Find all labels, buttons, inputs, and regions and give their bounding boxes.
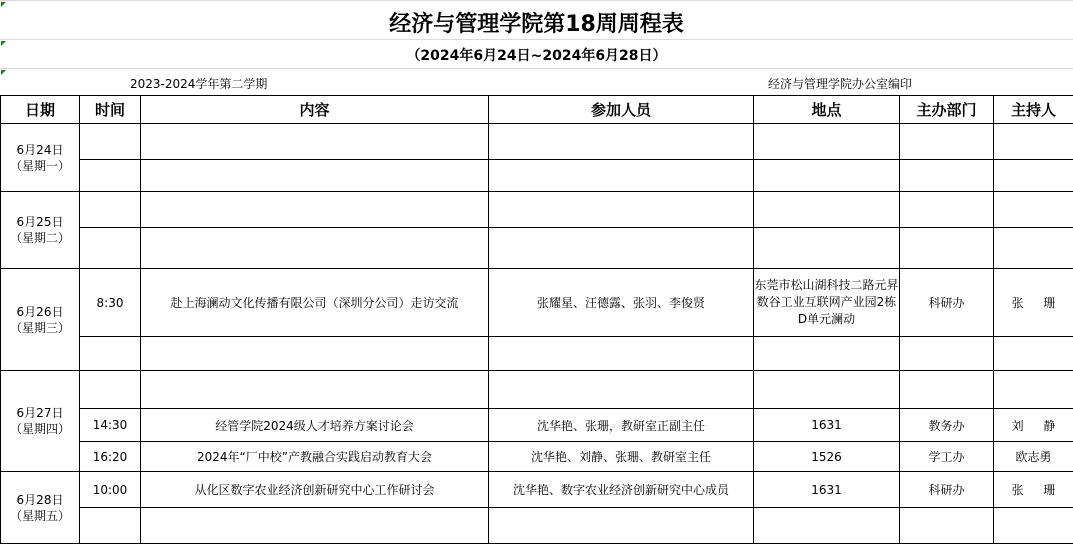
location-cell[interactable] — [754, 337, 900, 371]
table-row: 16:20 2024年“厂中校”产教融合实践启动教育大会 沈华艳、刘静、张珊、教… — [1, 442, 1073, 472]
date-cell: 6月27日 （星期四） — [1, 371, 80, 472]
time-cell[interactable] — [80, 160, 141, 192]
participants-cell[interactable]: 沈华艳、张珊，教研室正副主任 — [489, 409, 754, 442]
content-cell[interactable]: 经管学院2024级人才培养方案讨论会 — [141, 409, 489, 442]
host-cell[interactable] — [994, 337, 1073, 371]
title-band: 经济与管理学院第18周周程表 — [0, 0, 1073, 40]
table-row: 6月26日 （星期三） 8:30 赴上海澜动文化传播有限公司（深圳分公司）走访交… — [1, 269, 1073, 337]
date-label: 6月26日 — [1, 304, 79, 320]
date-label: 6月28日 — [1, 492, 79, 508]
date-range-band: （2024年6月24日~2024年6月28日） — [0, 40, 1073, 69]
column-header-content: 内容 — [141, 96, 489, 124]
date-label: 6月25日 — [1, 214, 79, 230]
page-title: 经济与管理学院第18周周程表 — [0, 7, 1073, 38]
column-header-location: 地点 — [754, 96, 900, 124]
time-cell[interactable] — [80, 192, 141, 228]
department-cell[interactable] — [900, 371, 994, 409]
host-cell[interactable] — [994, 228, 1073, 269]
table-row: 14:30 经管学院2024级人才培养方案讨论会 沈华艳、张珊，教研室正副主任 … — [1, 409, 1073, 442]
department-cell[interactable]: 学工办 — [900, 442, 994, 472]
time-cell[interactable]: 16:20 — [80, 442, 141, 472]
table-row — [1, 160, 1073, 192]
host-cell[interactable] — [994, 124, 1073, 160]
column-header-participants: 参加人员 — [489, 96, 754, 124]
semester-label: 2023-2024学年第二学期 — [130, 75, 267, 92]
date-cell: 6月26日 （星期三） — [1, 269, 80, 371]
column-header-department: 主办部门 — [900, 96, 994, 124]
weekday-label: （星期四） — [1, 421, 79, 437]
table-row — [1, 228, 1073, 269]
content-cell[interactable] — [141, 124, 489, 160]
compiled-by-label: 经济与管理学院办公室编印 — [768, 75, 912, 92]
host-cell[interactable]: 张 珊 — [994, 472, 1073, 508]
content-cell[interactable] — [141, 192, 489, 228]
content-cell[interactable] — [141, 337, 489, 371]
content-cell[interactable]: 从化区数字农业经济创新研究中心工作研讨会 — [141, 472, 489, 508]
time-cell[interactable] — [80, 228, 141, 269]
date-label: 6月24日 — [1, 142, 79, 158]
weekday-label: （星期一） — [1, 158, 79, 174]
host-cell[interactable] — [994, 160, 1073, 192]
participants-cell[interactable] — [489, 228, 754, 269]
time-cell[interactable] — [80, 371, 141, 409]
time-cell[interactable]: 14:30 — [80, 409, 141, 442]
location-cell[interactable]: 东莞市松山湖科技二路元昇数谷工业互联网产业园2栋D单元澜动 — [754, 269, 900, 337]
content-cell[interactable] — [141, 371, 489, 409]
host-cell[interactable]: 张 珊 — [994, 269, 1073, 337]
participants-cell[interactable]: 张耀星、汪德露、张羽、李俊贤 — [489, 269, 754, 337]
table-row: 6月25日 （星期二） — [1, 192, 1073, 228]
time-cell[interactable] — [80, 124, 141, 160]
date-label: 6月27日 — [1, 405, 79, 421]
date-cell: 6月28日 （星期五） — [1, 472, 80, 544]
participants-cell[interactable] — [489, 192, 754, 228]
weekday-label: （星期二） — [1, 230, 79, 246]
weekday-label: （星期五） — [1, 508, 79, 524]
date-cell: 6月24日 （星期一） — [1, 124, 80, 192]
content-cell[interactable]: 2024年“厂中校”产教融合实践启动教育大会 — [141, 442, 489, 472]
time-cell[interactable] — [80, 337, 141, 371]
department-cell[interactable] — [900, 160, 994, 192]
participants-cell[interactable] — [489, 124, 754, 160]
time-cell[interactable]: 8:30 — [80, 269, 141, 337]
column-header-time: 时间 — [80, 96, 141, 124]
cell-comment-marker-icon — [1, 70, 6, 75]
location-cell[interactable] — [754, 508, 900, 544]
location-cell[interactable]: 1631 — [754, 409, 900, 442]
date-cell: 6月25日 （星期二） — [1, 192, 80, 269]
table-header-row: 日期 时间 内容 参加人员 地点 主办部门 主持人 — [1, 96, 1073, 124]
host-cell[interactable] — [994, 371, 1073, 409]
department-cell[interactable]: 科研办 — [900, 472, 994, 508]
content-cell[interactable] — [141, 228, 489, 269]
participants-cell[interactable] — [489, 371, 754, 409]
participants-cell[interactable]: 沈华艳、刘静、张珊、教研室主任 — [489, 442, 754, 472]
time-cell[interactable] — [80, 508, 141, 544]
table-row: 6月24日 （星期一） — [1, 124, 1073, 160]
participants-cell[interactable] — [489, 160, 754, 192]
location-cell[interactable]: 1631 — [754, 472, 900, 508]
time-cell[interactable]: 10:00 — [80, 472, 141, 508]
location-cell[interactable] — [754, 371, 900, 409]
table-row: 6月28日 （星期五） 10:00 从化区数字农业经济创新研究中心工作研讨会 沈… — [1, 472, 1073, 508]
department-cell[interactable]: 教务办 — [900, 409, 994, 442]
department-cell[interactable] — [900, 228, 994, 269]
table-row — [1, 337, 1073, 371]
weekday-label: （星期三） — [1, 320, 79, 336]
content-cell[interactable] — [141, 508, 489, 544]
host-cell[interactable] — [994, 192, 1073, 228]
host-cell[interactable]: 刘 静 — [994, 409, 1073, 442]
department-cell[interactable]: 科研办 — [900, 269, 994, 337]
table-row: 6月27日 （星期四） — [1, 371, 1073, 409]
department-cell[interactable] — [900, 508, 994, 544]
column-header-date: 日期 — [1, 96, 80, 124]
department-cell[interactable] — [900, 192, 994, 228]
schedule-table: 日期 时间 内容 参加人员 地点 主办部门 主持人 6月24日 （星期一） — [0, 95, 1073, 544]
participants-cell[interactable]: 沈华艳、数字农业经济创新研究中心成员 — [489, 472, 754, 508]
column-header-host: 主持人 — [994, 96, 1073, 124]
host-cell[interactable] — [994, 508, 1073, 544]
content-cell[interactable] — [141, 160, 489, 192]
location-cell[interactable] — [754, 192, 900, 228]
location-cell[interactable] — [754, 124, 900, 160]
participants-cell[interactable] — [489, 337, 754, 371]
date-range: （2024年6月24日~2024年6月28日） — [0, 45, 1073, 65]
department-cell[interactable] — [900, 124, 994, 160]
meta-band: 2023-2024学年第二学期 经济与管理学院办公室编印 — [0, 69, 1073, 95]
participants-cell[interactable] — [489, 508, 754, 544]
host-cell[interactable]: 欧志勇 — [994, 442, 1073, 472]
location-cell[interactable]: 1526 — [754, 442, 900, 472]
content-cell[interactable]: 赴上海澜动文化传播有限公司（深圳分公司）走访交流 — [141, 269, 489, 337]
location-cell[interactable] — [754, 228, 900, 269]
department-cell[interactable] — [900, 337, 994, 371]
table-row — [1, 508, 1073, 544]
location-cell[interactable] — [754, 160, 900, 192]
